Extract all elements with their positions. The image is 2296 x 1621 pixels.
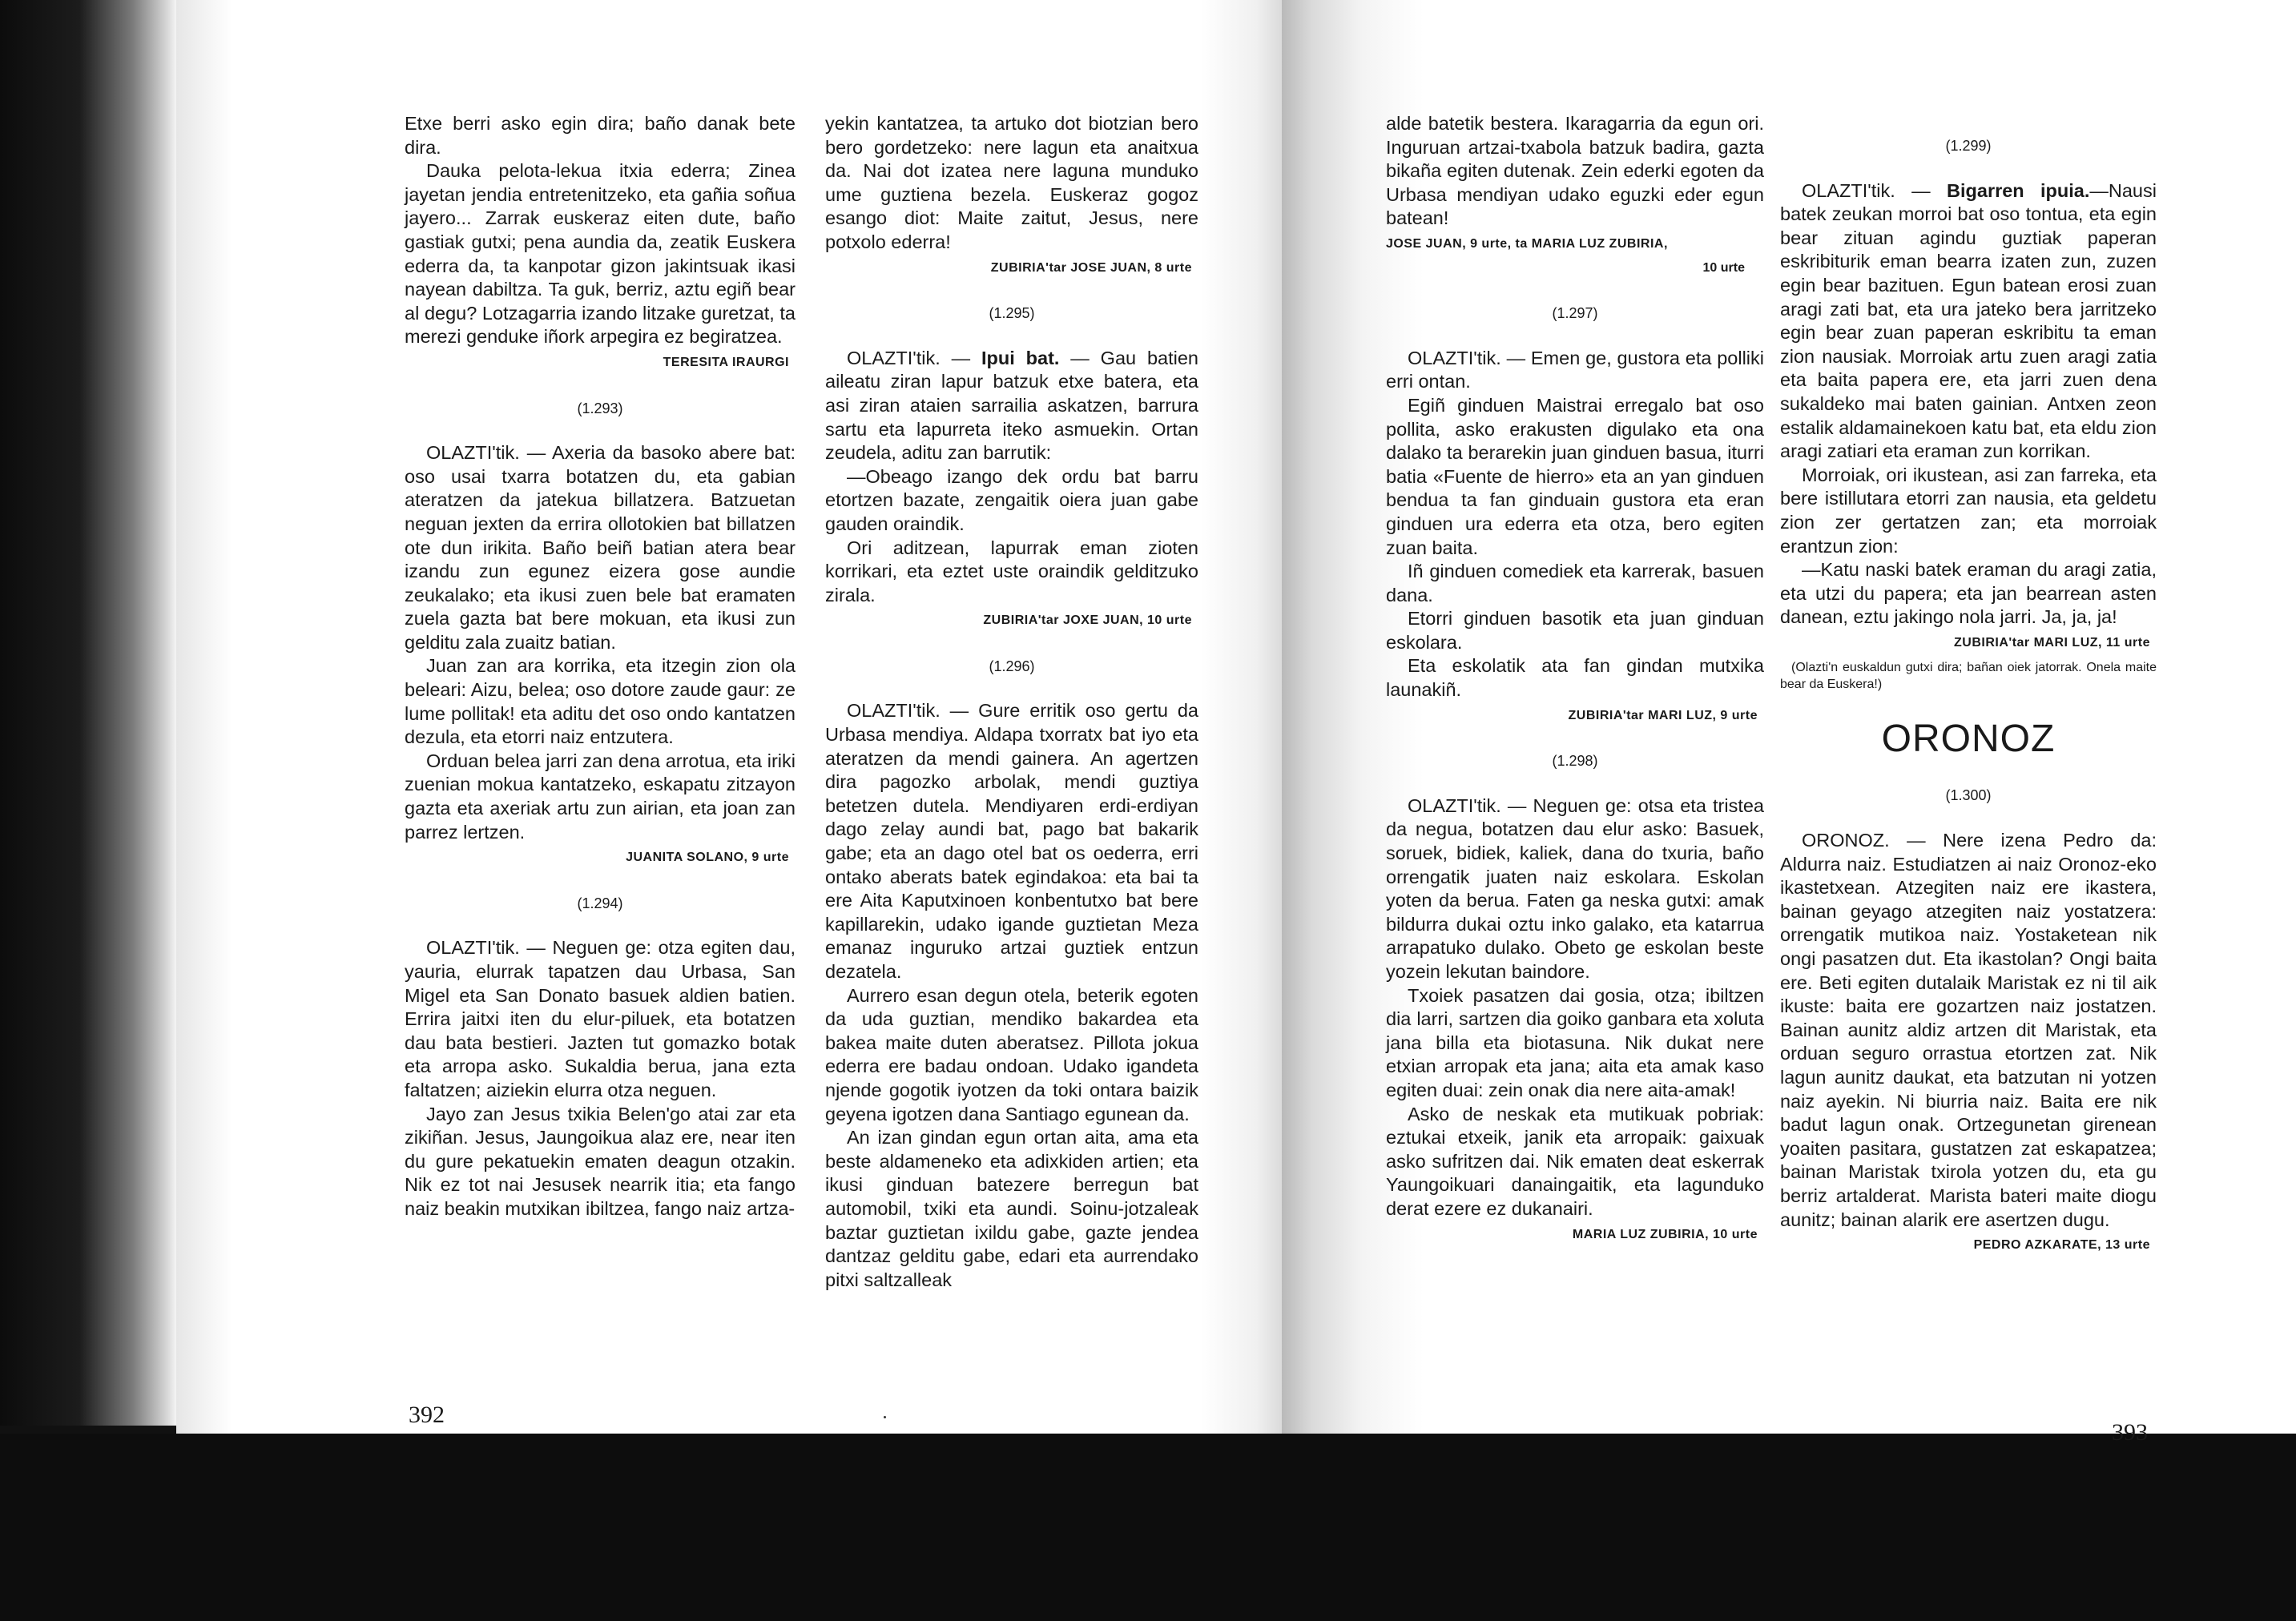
paragraph: Ori aditzean, lapurrak eman zioten korri… xyxy=(825,537,1198,608)
author-signature: MARIA LUZ ZUBIRIA, 10 urte xyxy=(1386,1223,1758,1247)
paragraph: Etxe berri asko egin dira; baño danak be… xyxy=(405,112,796,159)
paragraph: Asko de neskak eta mutikuak pobriak: ezt… xyxy=(1386,1103,1764,1221)
paragraph-lead: OLAZTI'tik. — xyxy=(1802,180,1947,201)
paragraph: Eta eskolatik ata fan gindan mutxika lau… xyxy=(1386,654,1764,702)
column-left-page-2: yekin kantatzea, ta artuko dot biotzian … xyxy=(825,112,1198,1292)
page-number-right: 393 xyxy=(2112,1419,2148,1446)
paragraph-text: —Nausi batek zeukan morroi bat oso tontu… xyxy=(1780,180,2157,462)
editor-note: (Olazti'n euskaldun gutxi dira; bañan oi… xyxy=(1780,659,2157,693)
speck xyxy=(884,1416,886,1418)
paragraph: —Katu naski batek eraman du aragi zatia,… xyxy=(1780,558,2157,629)
paragraph: —Obeago izango dek ordu bat barru etortz… xyxy=(825,465,1198,537)
author-signature: ZUBIRIA'tar JOXE JUAN, 10 urte xyxy=(825,609,1192,633)
paragraph: OLAZTI'tik. — Axeria da basoko abere bat… xyxy=(405,441,796,654)
entry-number: (1.300) xyxy=(1780,784,2157,808)
entry-number: (1.298) xyxy=(1386,750,1764,774)
author-signature: ZUBIRIA'tar MARI LUZ, 11 urte xyxy=(1780,631,2150,655)
entry-number: (1.296) xyxy=(825,655,1198,679)
entry-number: (1.295) xyxy=(825,302,1198,326)
paragraph: alde batetik bestera. Ikaragarria da egu… xyxy=(1386,112,1764,231)
paragraph: Dauka pelota-lekua itxia ederra; Zinea j… xyxy=(405,159,796,349)
book-page-edges xyxy=(0,0,176,1426)
paragraph: Jayo zan Jesus txikia Belen'go atai zar … xyxy=(405,1103,796,1221)
paragraph: Orduan belea jarri zan dena arrotua, eta… xyxy=(405,750,796,844)
section-title: ORONOZ xyxy=(1780,717,2157,762)
paragraph: Juan zan ara korrika, eta itzegin zion o… xyxy=(405,654,796,749)
entry-number: (1.299) xyxy=(1780,135,2157,159)
entry-number: (1.294) xyxy=(405,892,796,916)
author-signature: JOSE JUAN, 9 urte, ta MARIA LUZ ZUBIRIA,… xyxy=(1386,232,1764,280)
entry-number: (1.293) xyxy=(405,397,796,421)
page-number-left: 392 xyxy=(409,1402,445,1429)
story-title: Ipui bat. xyxy=(981,348,1059,368)
paragraph: Txoiek pasatzen dai gosia, otza; ibiltze… xyxy=(1386,984,1764,1103)
author-age: 10 urte xyxy=(1386,256,1745,280)
paragraph-lead: OLAZTI'tik. — xyxy=(847,348,981,368)
paragraph: Morroiak, ori ikustean, asi zan farreka,… xyxy=(1780,464,2157,558)
paragraph: OLAZTI'tik. — Gure erritik oso gertu da … xyxy=(825,699,1198,983)
column-right-page-2: (1.299)OLAZTI'tik. — Bigarren ipuia.—Nau… xyxy=(1780,112,2157,1262)
paragraph: Iñ ginduen comediek eta karrerak, basuen… xyxy=(1386,560,1764,607)
paragraph: OLAZTI'tik. — Bigarren ipuia.—Nausi bate… xyxy=(1780,179,2157,464)
story-title: Bigarren ipuia. xyxy=(1947,180,2089,201)
author-names: JOSE JUAN, 9 urte, ta MARIA LUZ ZUBIRIA, xyxy=(1386,232,1764,256)
paragraph: OLAZTI'tik. — Neguen ge: otsa eta triste… xyxy=(1386,794,1764,984)
paragraph: OLAZTI'tik. — Neguen ge: otza egiten dau… xyxy=(405,936,796,1102)
author-signature: ZUBIRIA'tar MARI LUZ, 9 urte xyxy=(1386,704,1758,728)
entry-number: (1.297) xyxy=(1386,302,1764,326)
author-signature: TERESITA IRAURGI xyxy=(405,351,789,375)
paragraph: Egiñ ginduen Maistrai erregalo bat oso p… xyxy=(1386,394,1764,560)
paragraph: OLAZTI'tik. — Emen ge, gustora eta polli… xyxy=(1386,347,1764,394)
paragraph: OLAZTI'tik. — Ipui bat. — Gau batien ail… xyxy=(825,347,1198,465)
author-signature: ZUBIRIA'tar JOSE JUAN, 8 urte xyxy=(825,256,1192,280)
column-left-page-1: Etxe berri asko egin dira; baño danak be… xyxy=(405,112,796,1221)
column-right-page-1: alde batetik bestera. Ikaragarria da egu… xyxy=(1386,112,1764,1251)
author-signature: JUANITA SOLANO, 9 urte xyxy=(405,846,789,870)
author-signature: PEDRO AZKARATE, 13 urte xyxy=(1780,1233,2150,1257)
paragraph: ORONOZ. — Nere izena Pedro da: Aldurra n… xyxy=(1780,829,2157,1232)
paragraph: Etorri ginduen basotik eta juan ginduan … xyxy=(1386,607,1764,654)
paragraph: yekin kantatzea, ta artuko dot biotzian … xyxy=(825,112,1198,255)
scan-background xyxy=(0,1434,2296,1621)
paragraph: An izan gindan egun ortan aita, ama eta … xyxy=(825,1126,1198,1292)
paragraph: Aurrero esan degun otela, beterik egoten… xyxy=(825,984,1198,1127)
